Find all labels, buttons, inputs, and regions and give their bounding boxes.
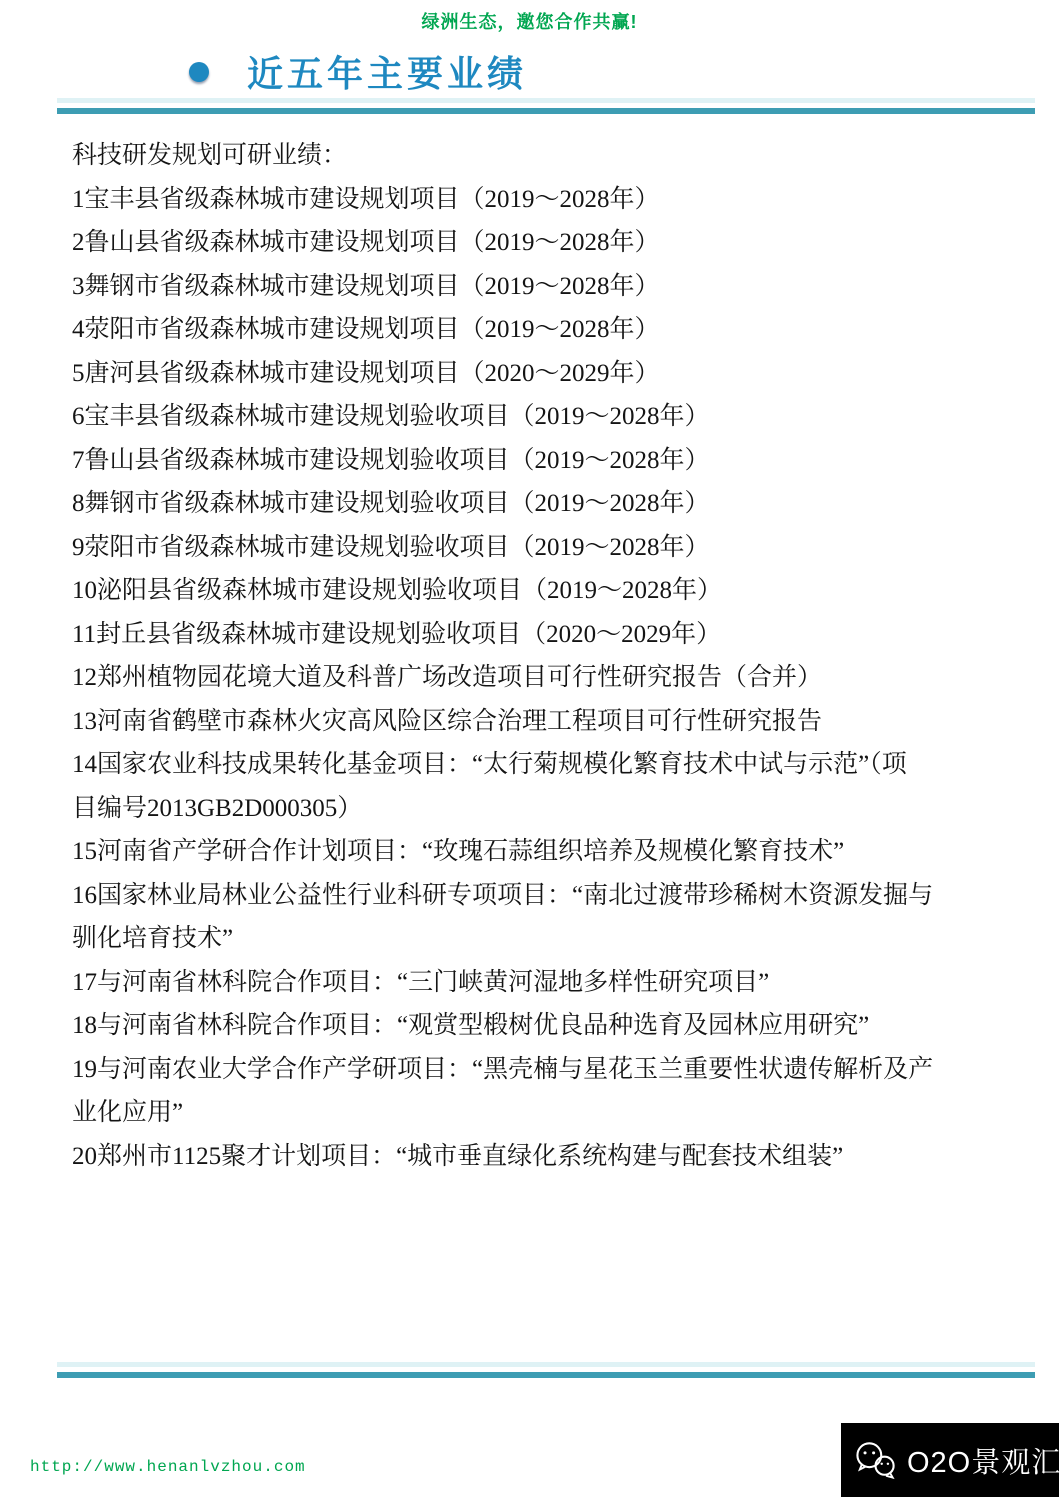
list-item: 11封丘县省级森林城市建设规划验收项目（2020～2029年） (72, 613, 996, 657)
list-item: 14国家农业科技成果转化基金项目：“太行菊规模化繁育技术中试与示范”（项 目编号… (72, 743, 996, 830)
header-note: 绿洲生态，邀您合作共赢! (0, 8, 1059, 34)
content-intro: 科技研发规划可研业绩： (72, 134, 996, 178)
list-item: 6宝丰县省级森林城市建设规划验收项目（2019～2028年） (72, 395, 996, 439)
wechat-icon (853, 1440, 899, 1480)
divider-bottom (57, 1372, 1035, 1378)
bullet-dot-icon (189, 62, 209, 82)
list-item: 20郑州市1125聚才计划项目：“城市垂直绿化系统构建与配套技术组装” (72, 1135, 996, 1179)
list-item: 12郑州植物园花境大道及科普广场改造项目可行性研究报告（合并） (72, 656, 996, 700)
list-item: 17与河南省林科院合作项目：“三门峡黄河湿地多样性研究项目” (72, 961, 996, 1005)
list-item: 18与河南省林科院合作项目：“观赏型椴树优良品种选育及园林应用研究” (72, 1004, 996, 1048)
list-item: 9荥阳市省级森林城市建设规划验收项目（2019～2028年） (72, 526, 996, 570)
watermark-badge: O2O景观汇 (841, 1423, 1059, 1497)
list-item: 8舞钢市省级森林城市建设规划验收项目（2019～2028年） (72, 482, 996, 526)
list-item: 15河南省产学研合作计划项目：“玫瑰石蒜组织培养及规模化繁育技术” (72, 830, 996, 874)
list-item: 13河南省鹤壁市森林火灾高风险区综合治理工程项目可行性研究报告 (72, 700, 996, 744)
achievements-list: 1宝丰县省级森林城市建设规划项目（2019～2028年）2鲁山县省级森林城市建设… (72, 178, 996, 1179)
list-item: 16国家林业局林业公益性行业科研专项项目：“南北过渡带珍稀树木资源发掘与 驯化培… (72, 874, 996, 961)
page-container: 绿洲生态，邀您合作共赢! 近五年主要业绩 科技研发规划可研业绩： 1宝丰县省级森… (0, 0, 1059, 1497)
list-item: 19与河南农业大学合作产学研项目：“黑壳楠与星花玉兰重要性状遗传解析及产 业化应… (72, 1048, 996, 1135)
page-title: 近五年主要业绩 (247, 46, 527, 97)
list-item: 7鲁山县省级森林城市建设规划验收项目（2019～2028年） (72, 439, 996, 483)
divider-top (57, 108, 1035, 114)
list-item: 10泌阳县省级森林城市建设规划验收项目（2019～2028年） (72, 569, 996, 613)
list-item: 3舞钢市省级森林城市建设规划项目（2019～2028年） (72, 265, 996, 309)
section-header: 近五年主要业绩 (189, 46, 527, 97)
footer-url[interactable]: http://www.henanlvzhou.com (30, 1458, 306, 1476)
list-item: 5唐河县省级森林城市建设规划项目（2020～2029年） (72, 352, 996, 396)
watermark-brand: O2O景观汇 (907, 1440, 1059, 1481)
achievements-section: 科技研发规划可研业绩： 1宝丰县省级森林城市建设规划项目（2019～2028年）… (72, 134, 996, 1178)
list-item: 4荥阳市省级森林城市建设规划项目（2019～2028年） (72, 308, 996, 352)
list-item: 1宝丰县省级森林城市建设规划项目（2019～2028年） (72, 178, 996, 222)
list-item: 2鲁山县省级森林城市建设规划项目（2019～2028年） (72, 221, 996, 265)
